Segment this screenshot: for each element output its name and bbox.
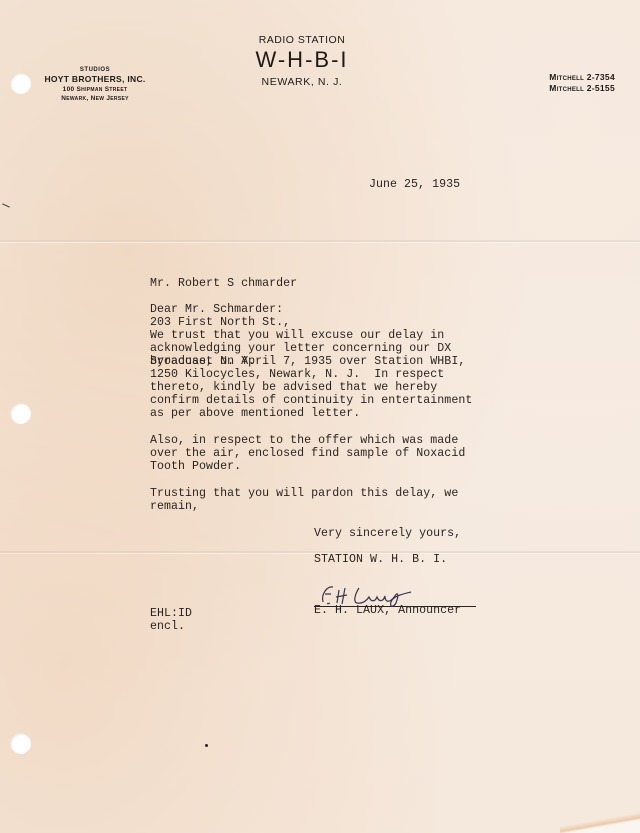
punch-hole-top [10,73,31,94]
body-paragraph-1: We trust that you will excuse our delay … [150,329,472,420]
phone-number: Mitchell 2-5155 [505,83,615,94]
letter-date: June 25, 1935 [369,178,460,191]
station-signoff: STATION W. H. B. I. [314,553,447,566]
paper-mark [2,203,10,207]
letter-page: STUDIOS HOYT BROTHERS, INC. 100 Shipman … [0,0,640,833]
signer-name: E. H. LAUX, Announcer [314,604,461,617]
recipient-name: Mr. Robert S chmarder [150,277,297,290]
studio-address-block: STUDIOS HOYT BROTHERS, INC. 100 Shipman … [40,66,150,103]
studio-street: 100 Shipman Street [40,85,150,94]
ink-dot [205,744,208,747]
reference-initials: EHL:ID encl. [150,607,192,633]
studio-company: HOYT BROTHERS, INC. [40,74,150,85]
punch-hole-middle [10,403,31,424]
studio-label: STUDIOS [40,66,150,74]
body-paragraph-2: Also, in respect to the offer which was … [150,434,465,473]
station-location: NEWARK, N. J. [240,73,364,91]
body-paragraph-3: Trusting that you will pardon this delay… [150,487,458,513]
paper-fold-upper [0,240,640,243]
torn-paper-edge [560,813,640,833]
station-call-sign: W-H-B-I [240,47,364,73]
phone-numbers: Mitchell 2-7354 Mitchell 2-5155 [505,72,615,94]
salutation: Dear Mr. Schmarder: [150,303,283,316]
station-label: RADIO STATION [240,33,364,47]
punch-hole-bottom [10,733,31,754]
closing: Very sincerely yours, [314,527,461,540]
station-letterhead: RADIO STATION W-H-B-I NEWARK, N. J. [240,33,364,91]
studio-city: Newark, New Jersey [40,94,150,103]
recipient-street: 203 First North St., [150,316,297,329]
phone-number: Mitchell 2-7354 [505,72,615,83]
